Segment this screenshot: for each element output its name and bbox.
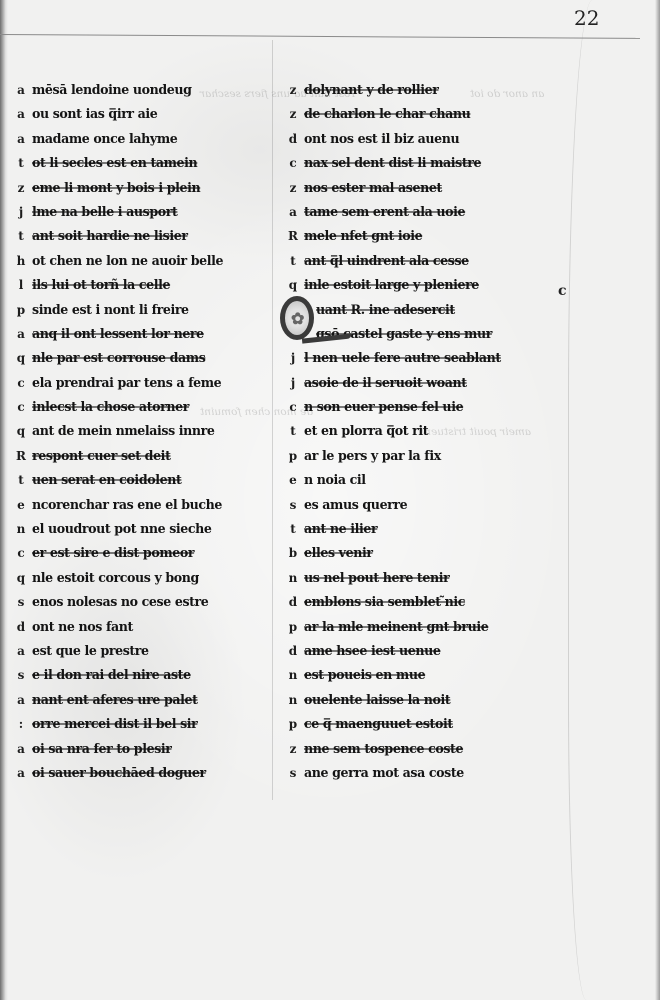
line-initial: a <box>10 102 32 126</box>
verse-line: jasoie de il seruoit woant <box>282 371 562 395</box>
verse-line: psinde est i nont li freire <box>10 298 275 322</box>
verse-text: ils lui ot torñ la celle <box>32 273 170 297</box>
line-initial: t <box>282 517 304 541</box>
verse-line: nest poueis en mue <box>282 663 562 687</box>
verse-line: Rrespont cuer set deit <box>10 444 275 468</box>
line-initial: p <box>282 712 304 736</box>
verse-text: ot chen ne lon ne auoir belle <box>32 249 223 273</box>
line-initial: n <box>282 663 304 687</box>
verse-line: par le pers y par la fix <box>282 444 562 468</box>
verse-text: uen serat en coidolent <box>32 468 181 492</box>
verse-text: nos ester mal asenet <box>304 176 442 200</box>
verse-line: aanq il ont lessent lor nere <box>10 322 275 346</box>
verse-line: zde charlon le char chanu <box>282 102 562 126</box>
verse-text: n son euer pense fel uie <box>304 395 463 419</box>
verse-text: sinde est i nont li freire <box>32 298 189 322</box>
verse-line: aoi sauer bouchāed doguer <box>10 761 275 785</box>
verse-text: emblons sia semblet ̃nic <box>304 590 465 614</box>
verse-line: cn son euer pense fel uie <box>282 395 562 419</box>
line-initial: q <box>10 419 32 443</box>
verse-text: ant de mein nmelaiss innre <box>32 419 215 443</box>
verse-line: qant de mein nmelaiss innre <box>10 419 275 443</box>
line-initial: d <box>10 615 32 639</box>
verse-text: ont ne nos fant <box>32 615 133 639</box>
verse-line: tet en plorra q̅ot rit <box>282 419 562 443</box>
verse-text: uant R. ine adesercit <box>304 298 455 322</box>
verse-line: tot li secles est en tamein <box>10 151 275 175</box>
line-initial: j <box>282 346 304 370</box>
verse-line: dont ne nos fant <box>10 615 275 639</box>
verse-line: cnax sel dent dist li maistre <box>282 151 562 175</box>
verse-text: nle par est corrouse dams <box>32 346 205 370</box>
line-initial: c <box>10 395 32 419</box>
verse-line: sane gerra mot asa coste <box>282 761 562 785</box>
line-initial: d <box>282 639 304 663</box>
page-curl-line <box>568 0 629 1000</box>
line-initial: R <box>282 224 304 248</box>
line-initial: p <box>10 298 32 322</box>
line-initial: R <box>10 444 32 468</box>
verse-line: encorenchar ras ene el buche <box>10 493 275 517</box>
line-initial: z <box>282 737 304 761</box>
verse-text: ane gerra mot asa coste <box>304 761 464 785</box>
verse-line: jl nen uele fere autre seablant <box>282 346 562 370</box>
verse-line: qsō castel gaste y ens mur <box>282 322 562 346</box>
page-gutter-shadow <box>0 0 8 1000</box>
verse-line: aou sont ias q̅irr aie <box>10 102 275 126</box>
line-initial: a <box>10 688 32 712</box>
verse-text: madame once lahyme <box>32 127 177 151</box>
line-initial: z <box>282 78 304 102</box>
line-initial: n <box>10 517 32 541</box>
left-column: amēsā lendoine uondeug aou sont ias q̅ir… <box>10 78 275 785</box>
verse-text: respont cuer set deit <box>32 444 170 468</box>
line-initial: n <box>282 566 304 590</box>
verse-line: nus nel pout here tenir <box>282 566 562 590</box>
verse-line: qnle estoit corcous y bong <box>10 566 275 590</box>
line-initial: s <box>282 493 304 517</box>
verse-line: :orre mercei dist il bel sir <box>10 712 275 736</box>
verse-line: qinle estoit large y pleniere <box>282 273 562 297</box>
line-initial: q <box>10 346 32 370</box>
folio-number: 22 <box>574 6 599 30</box>
line-initial: q <box>10 566 32 590</box>
decorated-initial-q: ✿ <box>280 296 314 340</box>
verse-line: tant soit hardie ne lisier <box>10 224 275 248</box>
verse-text: ont nos est il biz auenu <box>304 127 459 151</box>
verse-line: znos ester mal asenet <box>282 176 562 200</box>
verse-line: nouelente laisse la noit <box>282 688 562 712</box>
line-initial: c <box>10 541 32 565</box>
verse-line: znne sem tospence coste <box>282 737 562 761</box>
verse-line: aoi sa nra fer to plesir <box>10 737 275 761</box>
verse-text: ou sont ias q̅irr aie <box>32 102 157 126</box>
verse-line: amadame once lahyme <box>10 127 275 151</box>
verse-text: us nel pout here tenir <box>304 566 449 590</box>
verse-text: enos nolesas no cese estre <box>32 590 208 614</box>
verse-text: l nen uele fere autre seablant <box>304 346 501 370</box>
line-initial: q <box>282 273 304 297</box>
verse-line-initial: ✿ Q uant R. ine adesercit <box>282 298 562 322</box>
verse-text: lme na belle i ausport <box>32 200 177 224</box>
verse-line: pce q̅ maenguuet estoit <box>282 712 562 736</box>
verse-text: qsō castel gaste y ens mur <box>304 322 492 346</box>
verse-text: ela prendrai par tens a feme <box>32 371 221 395</box>
line-initial: e <box>10 493 32 517</box>
verse-text: oi sa nra fer to plesir <box>32 737 172 761</box>
verse-text: orre mercei dist il bel sir <box>32 712 197 736</box>
verse-text: asoie de il seruoit woant <box>304 371 467 395</box>
line-initial: c <box>282 395 304 419</box>
verse-line: zdolynant y de rollier <box>282 78 562 102</box>
verse-text: ant soit hardie ne lisier <box>32 224 188 248</box>
verse-line: amēsā lendoine uondeug <box>10 78 275 102</box>
verse-line: par la mle meinent gnt bruie <box>282 615 562 639</box>
verse-line: atame sem erent ala uoie <box>282 200 562 224</box>
line-initial: s <box>10 590 32 614</box>
verse-text: ant q̅l uindrent ala cesse <box>304 249 469 273</box>
verse-text: et en plorra q̅ot rit <box>304 419 428 443</box>
verse-text: elles venir <box>304 541 373 565</box>
verse-line: nel uoudrout pot nne sieche <box>10 517 275 541</box>
verse-text: ncorenchar ras ene el buche <box>32 493 222 517</box>
line-initial: p <box>282 615 304 639</box>
line-initial: a <box>10 127 32 151</box>
verse-line: dame hsee iest uenue <box>282 639 562 663</box>
verse-text: oi sauer bouchāed doguer <box>32 761 206 785</box>
verse-line: Rmele nfet gnt ioie <box>282 224 562 248</box>
verse-text: inlecst la chose atorner <box>32 395 189 419</box>
verse-line: lils lui ot torñ la celle <box>10 273 275 297</box>
verse-text: anq il ont lessent lor nere <box>32 322 204 346</box>
verse-text: ce q̅ maenguuet estoit <box>304 712 453 736</box>
line-initial: a <box>10 78 32 102</box>
verse-text: dolynant y de rollier <box>304 78 439 102</box>
line-initial: s <box>10 663 32 687</box>
top-ruling-line <box>0 34 640 39</box>
line-initial: d <box>282 127 304 151</box>
verse-line: anant ent aferes ure palet <box>10 688 275 712</box>
verse-line: belles venir <box>282 541 562 565</box>
initial-flourish-icon: ✿ <box>291 307 304 331</box>
verse-text: inle estoit large y pleniere <box>304 273 479 297</box>
line-initial: j <box>282 371 304 395</box>
line-initial: h <box>10 249 32 273</box>
verse-text: est que le prestre <box>32 639 149 663</box>
verse-line: qnle par est corrouse dams <box>10 346 275 370</box>
line-initial: l <box>10 273 32 297</box>
verse-text: el uoudrout pot nne sieche <box>32 517 212 541</box>
line-initial: d <box>282 590 304 614</box>
verse-line: en noia cil <box>282 468 562 492</box>
line-initial: e <box>282 468 304 492</box>
verse-text: n noia cil <box>304 468 366 492</box>
line-initial: n <box>282 688 304 712</box>
line-initial: p <box>282 444 304 468</box>
verse-text: ar la mle meinent gnt bruie <box>304 615 488 639</box>
line-initial: z <box>282 176 304 200</box>
line-initial: b <box>282 541 304 565</box>
verse-line: aest que le prestre <box>10 639 275 663</box>
line-initial: a <box>10 737 32 761</box>
verse-text: ame hsee iest uenue <box>304 639 441 663</box>
verse-text: ouelente laisse la noit <box>304 688 450 712</box>
line-initial: a <box>10 639 32 663</box>
line-initial: a <box>10 761 32 785</box>
verse-text: mele nfet gnt ioie <box>304 224 422 248</box>
verse-line: senos nolesas no cese estre <box>10 590 275 614</box>
verse-text: ar le pers y par la fix <box>304 444 441 468</box>
verse-text: eme li mont y bois i plein <box>32 176 200 200</box>
verse-text: est poueis en mue <box>304 663 425 687</box>
verse-text: e il don rai del nire aste <box>32 663 191 687</box>
line-initial: a <box>282 200 304 224</box>
verse-text: nax sel dent dist li maistre <box>304 151 481 175</box>
line-initial: s <box>282 761 304 785</box>
verse-text: nant ent aferes ure palet <box>32 688 198 712</box>
line-initial: t <box>10 468 32 492</box>
page-edge <box>655 0 660 1000</box>
line-initial: t <box>282 249 304 273</box>
verse-text: tame sem erent ala uoie <box>304 200 465 224</box>
verse-line: tant q̅l uindrent ala cesse <box>282 249 562 273</box>
right-column: zdolynant y de rollier zde charlon le ch… <box>282 78 562 785</box>
line-initial: j <box>10 200 32 224</box>
verse-text: mēsā lendoine uondeug <box>32 78 192 102</box>
line-initial: t <box>282 419 304 443</box>
verse-line: hot chen ne lon ne auoir belle <box>10 249 275 273</box>
line-initial: c <box>10 371 32 395</box>
verse-text: nne sem tospence coste <box>304 737 463 761</box>
verse-line: tuen serat en coidolent <box>10 468 275 492</box>
line-initial: c <box>282 151 304 175</box>
verse-line: cer est sire e dist pomeor <box>10 541 275 565</box>
verse-text: es amus querre <box>304 493 407 517</box>
verse-text: er est sire e dist pomeor <box>32 541 194 565</box>
line-initial: z <box>10 176 32 200</box>
verse-text: nle estoit corcous y bong <box>32 566 199 590</box>
line-initial: t <box>10 224 32 248</box>
verse-line: jlme na belle i ausport <box>10 200 275 224</box>
manuscript-page: 22 c Tost nuit ad uns fiers seschar an a… <box>0 0 660 1000</box>
verse-line: se il don rai del nire aste <box>10 663 275 687</box>
verse-line: zeme li mont y bois i plein <box>10 176 275 200</box>
line-initial: : <box>10 712 32 736</box>
line-initial: z <box>282 102 304 126</box>
line-initial: a <box>10 322 32 346</box>
verse-line: cinlecst la chose atorner <box>10 395 275 419</box>
verse-text: ot li secles est en tamein <box>32 151 197 175</box>
verse-line: demblons sia semblet ̃nic <box>282 590 562 614</box>
verse-text: ant ne ilier <box>304 517 377 541</box>
verse-line: cela prendrai par tens a feme <box>10 371 275 395</box>
verse-text: de charlon le char chanu <box>304 102 470 126</box>
verse-line: tant ne ilier <box>282 517 562 541</box>
verse-line: ses amus querre <box>282 493 562 517</box>
line-initial: t <box>10 151 32 175</box>
verse-line: dont nos est il biz auenu <box>282 127 562 151</box>
